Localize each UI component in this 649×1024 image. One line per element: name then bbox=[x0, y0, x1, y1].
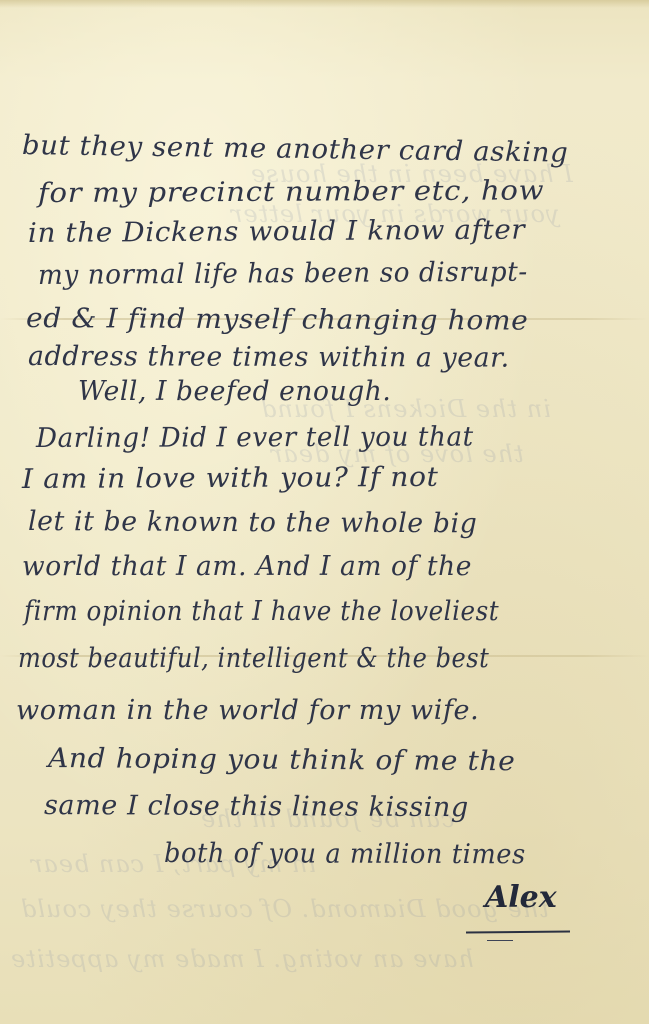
letter-line: for my precinct number etc, how bbox=[38, 177, 544, 207]
letter-line: world that I am. And I am of the bbox=[22, 553, 472, 580]
letter-line: Darling! Did I ever tell you that bbox=[36, 423, 474, 452]
letter-line: most beautiful, intelligent & the best bbox=[18, 645, 489, 672]
letter-line: woman in the world for my wife. bbox=[16, 697, 479, 724]
letter-line: same I close this lines kissing bbox=[44, 792, 469, 821]
signature-dash bbox=[487, 940, 513, 941]
paper-top-edge bbox=[0, 0, 649, 8]
bleed-text: have an voting. I made my appetite bbox=[10, 945, 474, 973]
letter-line: let it be known to the whole big bbox=[28, 508, 477, 537]
bleed-text: the good Diamond. Of course they could bbox=[20, 895, 549, 923]
letter-line: Well, I beefed enough. bbox=[78, 378, 391, 405]
letter-line: both of you a million times bbox=[164, 840, 526, 868]
letter-line: And hoping you think of me the bbox=[48, 745, 516, 775]
letter-line: I am in love with you? If not bbox=[22, 464, 439, 493]
letter-page: I have been in the house your words in y… bbox=[0, 0, 649, 1024]
letter-line: my normal life has been so disrupt- bbox=[38, 259, 528, 289]
signature: Alex bbox=[485, 880, 557, 915]
signature-underline bbox=[466, 930, 570, 933]
letter-line: in the Dickens would I know after bbox=[28, 217, 525, 247]
letter-line: but they sent me another card asking bbox=[22, 132, 569, 167]
letter-line: firm opinion that I have the loveliest bbox=[24, 598, 499, 625]
letter-line: ed & I find myself changing home bbox=[26, 305, 529, 335]
letter-line: address three times within a year. bbox=[28, 343, 510, 372]
